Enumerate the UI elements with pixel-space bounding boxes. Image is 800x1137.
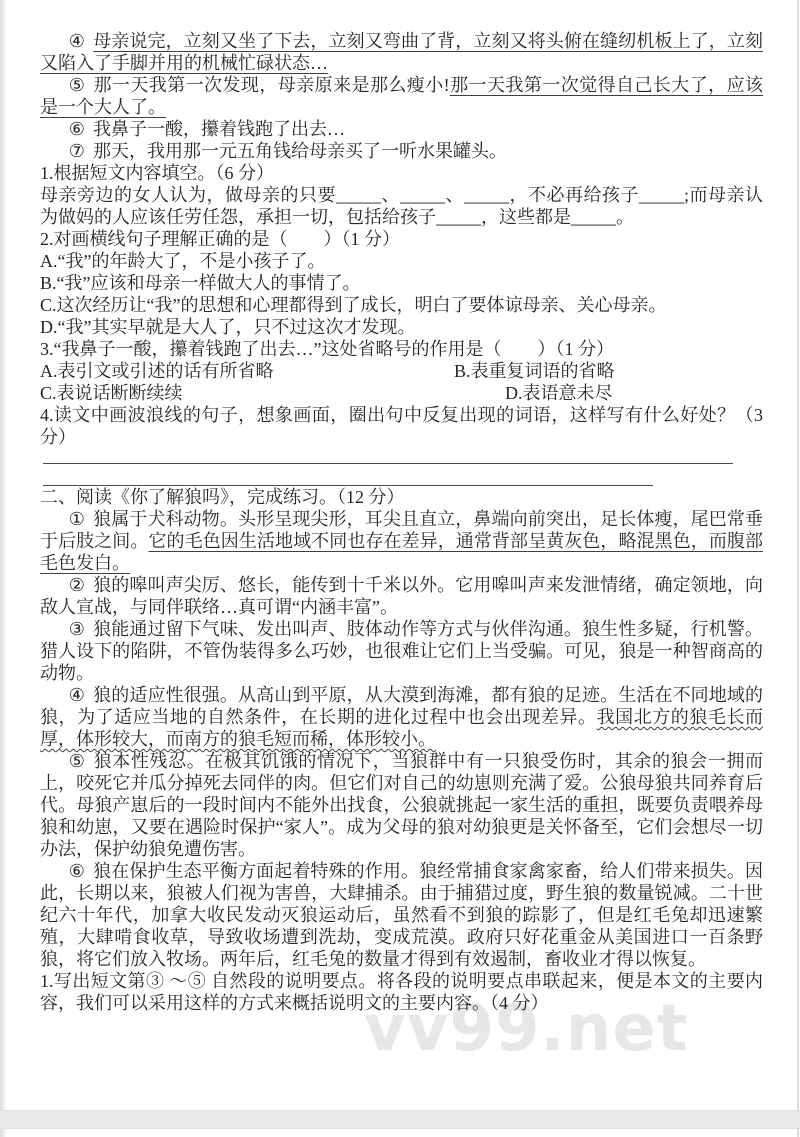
para-marker-1: ① xyxy=(69,509,85,529)
question-3-row-2: C.表说话断断续续D.表语意未尽 xyxy=(40,382,763,404)
para-marker-3: ③ xyxy=(69,619,85,639)
question-3-option-a: A.表引文或引述的话有所省略 xyxy=(40,361,274,381)
question-2-option-b: B.“我”应该和母亲一样做大人的事情了。 xyxy=(40,272,763,294)
para-marker-6: ⑥ xyxy=(69,861,85,881)
para-marker-4: ④ xyxy=(69,685,85,705)
question-2-option-a: A.“我”的年龄大了，不是小孩子了。 xyxy=(40,250,763,272)
passage1-para-6: ⑥我鼻子一酸，攥着钱跑了出去… xyxy=(40,118,763,140)
passage2-para-3: ③狼能通过留下气味、发出叫声、肢体动作等方式与伙伴沟通。狼生性多疑，行机警。猎人… xyxy=(40,618,763,684)
para-text: 狼本性残忍。在极其饥饿的情况下，当狼群中有一只狼受伤时，其余的狼会一拥而上，咬死… xyxy=(40,751,763,859)
para-marker-6: ⑥ xyxy=(69,119,85,139)
page-right-edge xyxy=(797,0,799,1137)
para-text: 狼的嗥叫声尖厉、悠长，能传到十千米以外。它用嗥叫声来发泄情绪，确定领地，向敌人宣… xyxy=(40,575,763,617)
question-1-title: 1.根据短文内容填空。（6 分） xyxy=(40,162,763,184)
underlined-sentence: 母亲说完，立刻又坐了下去，立刻又弯曲了背，立刻又将头俯在缝纫机板上了，立刻又陷入… xyxy=(40,31,763,73)
page-left-edge xyxy=(0,0,7,1137)
para-text: 那天，我用那一元五角钱给母亲买了一听水果罐头。 xyxy=(93,141,507,161)
para-marker-5: ⑤ xyxy=(69,75,86,95)
para-marker-7: ⑦ xyxy=(69,141,85,161)
answer-line-1 xyxy=(43,463,733,464)
question-3-row-1: A.表引文或引述的话有所省略B.表重复词语的省略 xyxy=(40,360,763,382)
para-marker-2: ② xyxy=(69,575,85,595)
passage2-para-5: ⑤狼本性残忍。在极其饥饿的情况下，当狼群中有一只狼受伤时，其余的狼会一拥而上，咬… xyxy=(40,750,763,860)
para-marker-4: ④ xyxy=(69,31,85,51)
question-2-title: 2.对画横线句子理解正确的是（ ）（1 分） xyxy=(40,228,763,250)
question-2-option-c: C.这次经历让“我”的思想和心理都得到了成长，明白了要体谅母亲、关心母亲。 xyxy=(40,294,763,316)
question-3-option-c: C.表说话断断续续 xyxy=(40,383,183,403)
question-3-title: 3.“我鼻子一酸，攥着钱跑了出去…”这处省略号的作用是（ ）（1 分） xyxy=(40,338,763,360)
para-text: 狼能通过留下气味、发出叫声、肢体动作等方式与伙伴沟通。狼生性多疑，行机警。猎人设… xyxy=(40,619,763,683)
passage2-para-1: ①狼属于犬科动物。头形呈现尖形，耳尖且直立，鼻端向前突出，足长体瘦，尾巴常垂于后… xyxy=(40,508,763,574)
exam-page: ④母亲说完，立刻又坐了下去，立刻又弯曲了背，立刻又将头俯在缝纫机板上了，立刻又陷… xyxy=(40,30,763,1014)
passage2-para-2: ②狼的嗥叫声尖厉、悠长，能传到十千米以外。它用嗥叫声来发泄情绪，确定领地，向敌人… xyxy=(40,574,763,618)
passage2-para-6: ⑥狼在保护生态平衡方面起着特殊的作用。狼经常捕食家禽家畜，给人们带来损失。因此，… xyxy=(40,860,763,970)
para-text: 狼在保护生态平衡方面起着特殊的作用。狼经常捕食家禽家畜，给人们带来损失。因此，长… xyxy=(40,861,763,969)
question-2-option-d: D.“我”其实早就是大人了，只不过这次才发现。 xyxy=(40,316,763,338)
para-marker-5: ⑤ xyxy=(69,751,86,771)
passage1-para-5: ⑤那一天我第一次发现，母亲原来是那么瘦小!那一天我第一次觉得自己长大了，应该是一… xyxy=(40,74,763,118)
passage2-para-4: ④狼的适应性很强。从高山到平原，从大漠到海滩，都有狼的足迹。生活在不同地域的狼，… xyxy=(40,684,763,750)
passage1-para-4: ④母亲说完，立刻又坐了下去，立刻又弯曲了背，立刻又将头俯在缝纫机板上了，立刻又陷… xyxy=(40,30,763,74)
para-text: 那一天我第一次发现，母亲原来是那么瘦小! xyxy=(93,75,449,95)
page-separator xyxy=(0,1110,800,1129)
passage1-para-7: ⑦那天，我用那一元五角钱给母亲买了一听水果罐头。 xyxy=(40,140,763,162)
question-1-fill-blanks: 母亲旁边的女人认为，做母亲的只要_____、_____、_____，不必再给孩子… xyxy=(40,184,763,228)
question-4-title: 4.读文中画波浪线的句子，想象画面，圈出句中反复出现的词语，这样写有什么好处？（… xyxy=(40,404,763,448)
underlined-sentence: 它的毛色因生活地域不同也存在差异，通常背部呈黄灰色，略混黑色，而腹部毛色发白。 xyxy=(40,531,763,573)
question-3-option-b: B.表重复词语的省略 xyxy=(454,360,615,382)
para-text: 我鼻子一酸，攥着钱跑了出去… xyxy=(93,119,345,139)
section-2-question-1: 1.写出短文第③ ～⑤ 自然段的说明要点。将各段的说明要点串联起来，便是本文的主… xyxy=(40,970,763,1014)
section-2-header: 二、阅读《你了解狼吗》，完成练习。（12 分） xyxy=(40,486,763,508)
question-3-option-d: D.表语意未尽 xyxy=(505,382,613,404)
